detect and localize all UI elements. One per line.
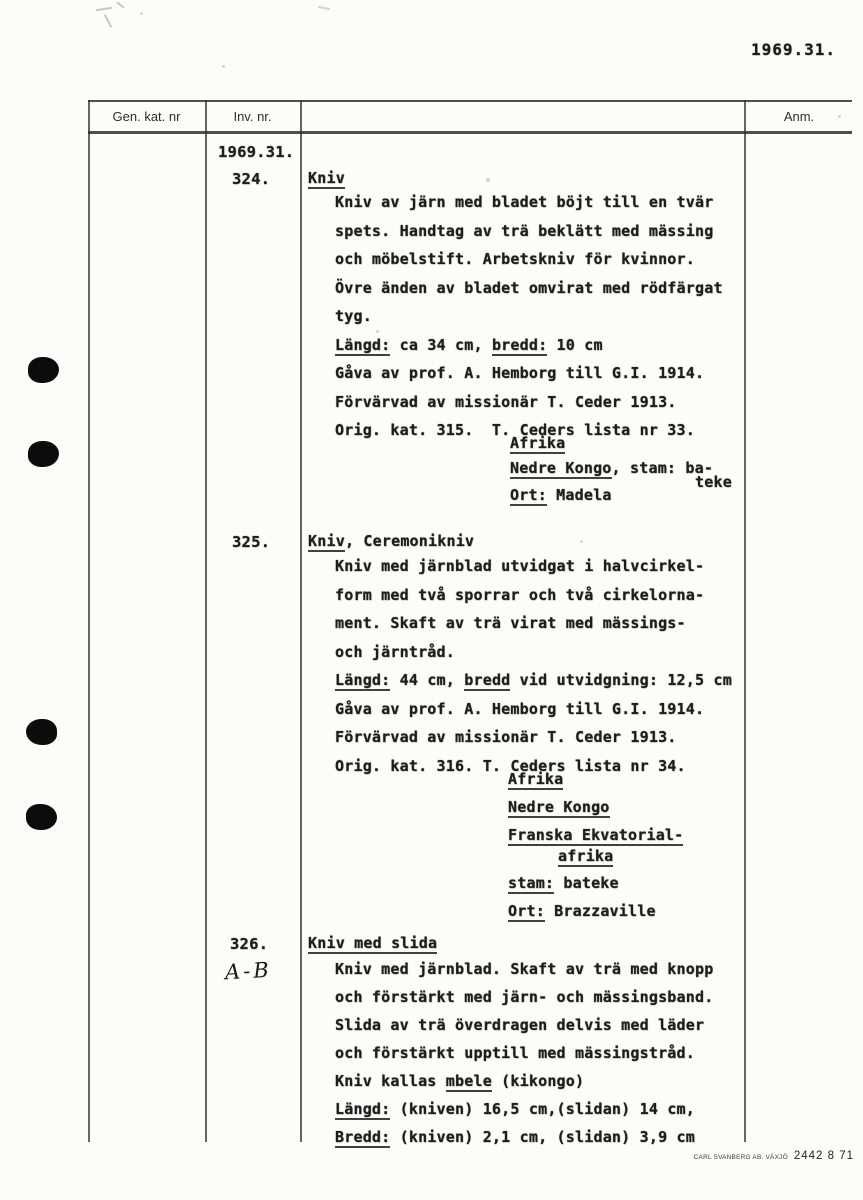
provenance-line: Förvärvad av missionär T. Ceder 1913. [335,388,723,417]
measure-value: (kniven) 2,1 cm, (slidan) 3,9 cm [390,1128,695,1146]
entry-title-text: Kniv med slida [308,934,437,954]
provenance-line: Förvärvad av missionär T. Ceder 1913. [335,723,732,752]
printer-name: CARL SVANBERG AB. VÄXJÖ [694,1154,788,1161]
location-continent: Afrika [508,770,563,788]
pencil-mark [116,1,124,8]
description-line: och förstärkt upptill med mässingstråd. [335,1039,713,1067]
entry-title-rest: , Ceremonikniv [345,532,474,550]
page-number: 1969.31. [751,40,836,59]
location-label: stam: [508,874,554,894]
description-line: Kniv med järnblad utvidgat i halvcirkel- [335,552,732,581]
location-place: Ort: Madela [510,486,612,504]
entry-title: Kniv med slida [308,934,437,952]
description-line: och möbelstift. Arbetskniv för kvinnor. [335,245,723,274]
scan-speck [486,178,490,182]
table-top-border [88,100,852,102]
description-line: och förstärkt med järn- och mässingsband… [335,983,713,1011]
measure-value: 10 cm [547,336,602,354]
location-text: Afrika [508,770,563,790]
provenance-line: Gåva av prof. A. Hemborg till G.I. 1914. [335,359,723,388]
entry-title: Kniv [308,169,345,187]
measure-label: Längd: [335,1100,390,1120]
column-header-gen-kat-nr: Gen. kat. nr [88,109,205,124]
inventory-suffix-handwritten: A-B [224,958,272,984]
pencil-mark [96,7,112,11]
local-name: mbele [446,1072,492,1092]
location-place: Ort: Brazzaville [508,902,656,920]
location-text: afrika [558,847,613,867]
local-name-line: Kniv kallas mbele (kikongo) [335,1067,713,1095]
provenance-line: Gåva av prof. A. Hemborg till G.I. 1914. [335,695,732,724]
description-line: Kniv av järn med bladet böjt till en tvä… [335,188,723,217]
accession-number: 1969.31. [218,143,294,161]
entry-title-text: Kniv [308,532,345,552]
measure-value: 44 cm, [390,671,464,689]
punch-hole [28,357,59,383]
catalog-page: 1969.31. Gen. kat. nr Inv. nr. Anm. 1969… [0,0,863,1200]
scan-speck [140,12,143,15]
measure-value: (kniven) 16,5 cm,(slidan) 14 cm, [390,1100,695,1118]
inventory-number: 324. [232,170,270,188]
location-continent: Afrika [510,434,565,452]
location-region: Nedre Kongo [508,798,610,816]
table-column-border [300,100,302,1142]
description-line: och järntråd. [335,638,732,667]
pencil-mark [318,6,330,10]
location-region-wrap: afrika [558,847,613,865]
column-header-inv-nr: Inv. nr. [205,109,300,124]
pencil-mark [104,14,112,27]
measure-value: vid utvidgning: 12,5 cm [510,671,732,689]
entry-title-text: Kniv [308,169,345,189]
location-text: Nedre Kongo [508,798,610,818]
table-header-border [88,131,852,134]
measure-label: bredd [464,671,510,691]
measure-label: Bredd: [335,1128,390,1148]
punch-hole [26,719,57,745]
location-text: Franska Ekvatorial- [508,826,683,846]
location-label: Ort: [508,902,545,922]
form-code: 2442 8 71 [794,1150,854,1162]
description-line: tyg. [335,302,723,331]
measurements-line: Bredd: (kniven) 2,1 cm, (slidan) 3,9 cm [335,1123,713,1151]
location-text: Afrika [510,434,565,454]
punch-hole [28,441,59,467]
description-line: form med två sporrar och två cirkelorna- [335,581,732,610]
measurements-line: Längd: ca 34 cm, bredd: 10 cm [335,331,723,360]
entry-description: Kniv med järnblad utvidgat i halvcirkel-… [335,552,732,780]
measure-label: bredd: [492,336,547,356]
measurements-line: Längd: 44 cm, bredd vid utvidgning: 12,5… [335,666,732,695]
location-region: Franska Ekvatorial- [508,826,683,844]
scan-speck [580,540,583,543]
location-text: bateke [554,874,619,892]
table-left-border [88,100,90,1142]
location-text: Brazzaville [545,902,656,920]
punch-hole [26,804,57,830]
entry-description: Kniv av järn med bladet böjt till en tvä… [335,188,723,445]
measurements-line: Längd: (kniven) 16,5 cm,(slidan) 14 cm, [335,1095,713,1123]
scan-speck [222,65,225,68]
inventory-number: 325. [232,533,270,551]
entry-description: Kniv med järnblad. Skaft av trä med knop… [335,955,713,1151]
description-line: Slida av trä överdragen delvis med läder [335,1011,713,1039]
column-header-anm: Anm. [744,109,854,124]
location-label: Ort: [510,486,547,506]
description-text: Kniv kallas [335,1072,446,1090]
measure-label: Längd: [335,671,390,691]
location-text: Madela [547,486,612,504]
description-line: ment. Skaft av trä virat med mässings- [335,609,732,638]
inventory-number: 326. [230,935,268,953]
description-text: (kikongo) [492,1072,584,1090]
location-region: Nedre Kongo, stam: ba- [510,459,713,477]
description-line: Övre änden av bladet omvirat med rödfärg… [335,274,723,303]
location-tribe: stam: bateke [508,874,619,892]
entry-title: Kniv, Ceremonikniv [308,532,474,550]
location-wrap: teke [695,473,732,491]
table-column-border [205,100,207,1142]
measure-label: Längd: [335,336,390,356]
print-footer: CARL SVANBERG AB. VÄXJÖ 2442 8 71 [694,1150,854,1162]
description-line: spets. Handtag av trä beklätt med mässin… [335,217,723,246]
description-line: Kniv med järnblad. Skaft av trä med knop… [335,955,713,983]
table-column-border [744,100,746,1142]
location-text: Nedre Kongo [510,459,612,479]
measure-value: ca 34 cm, [390,336,492,354]
